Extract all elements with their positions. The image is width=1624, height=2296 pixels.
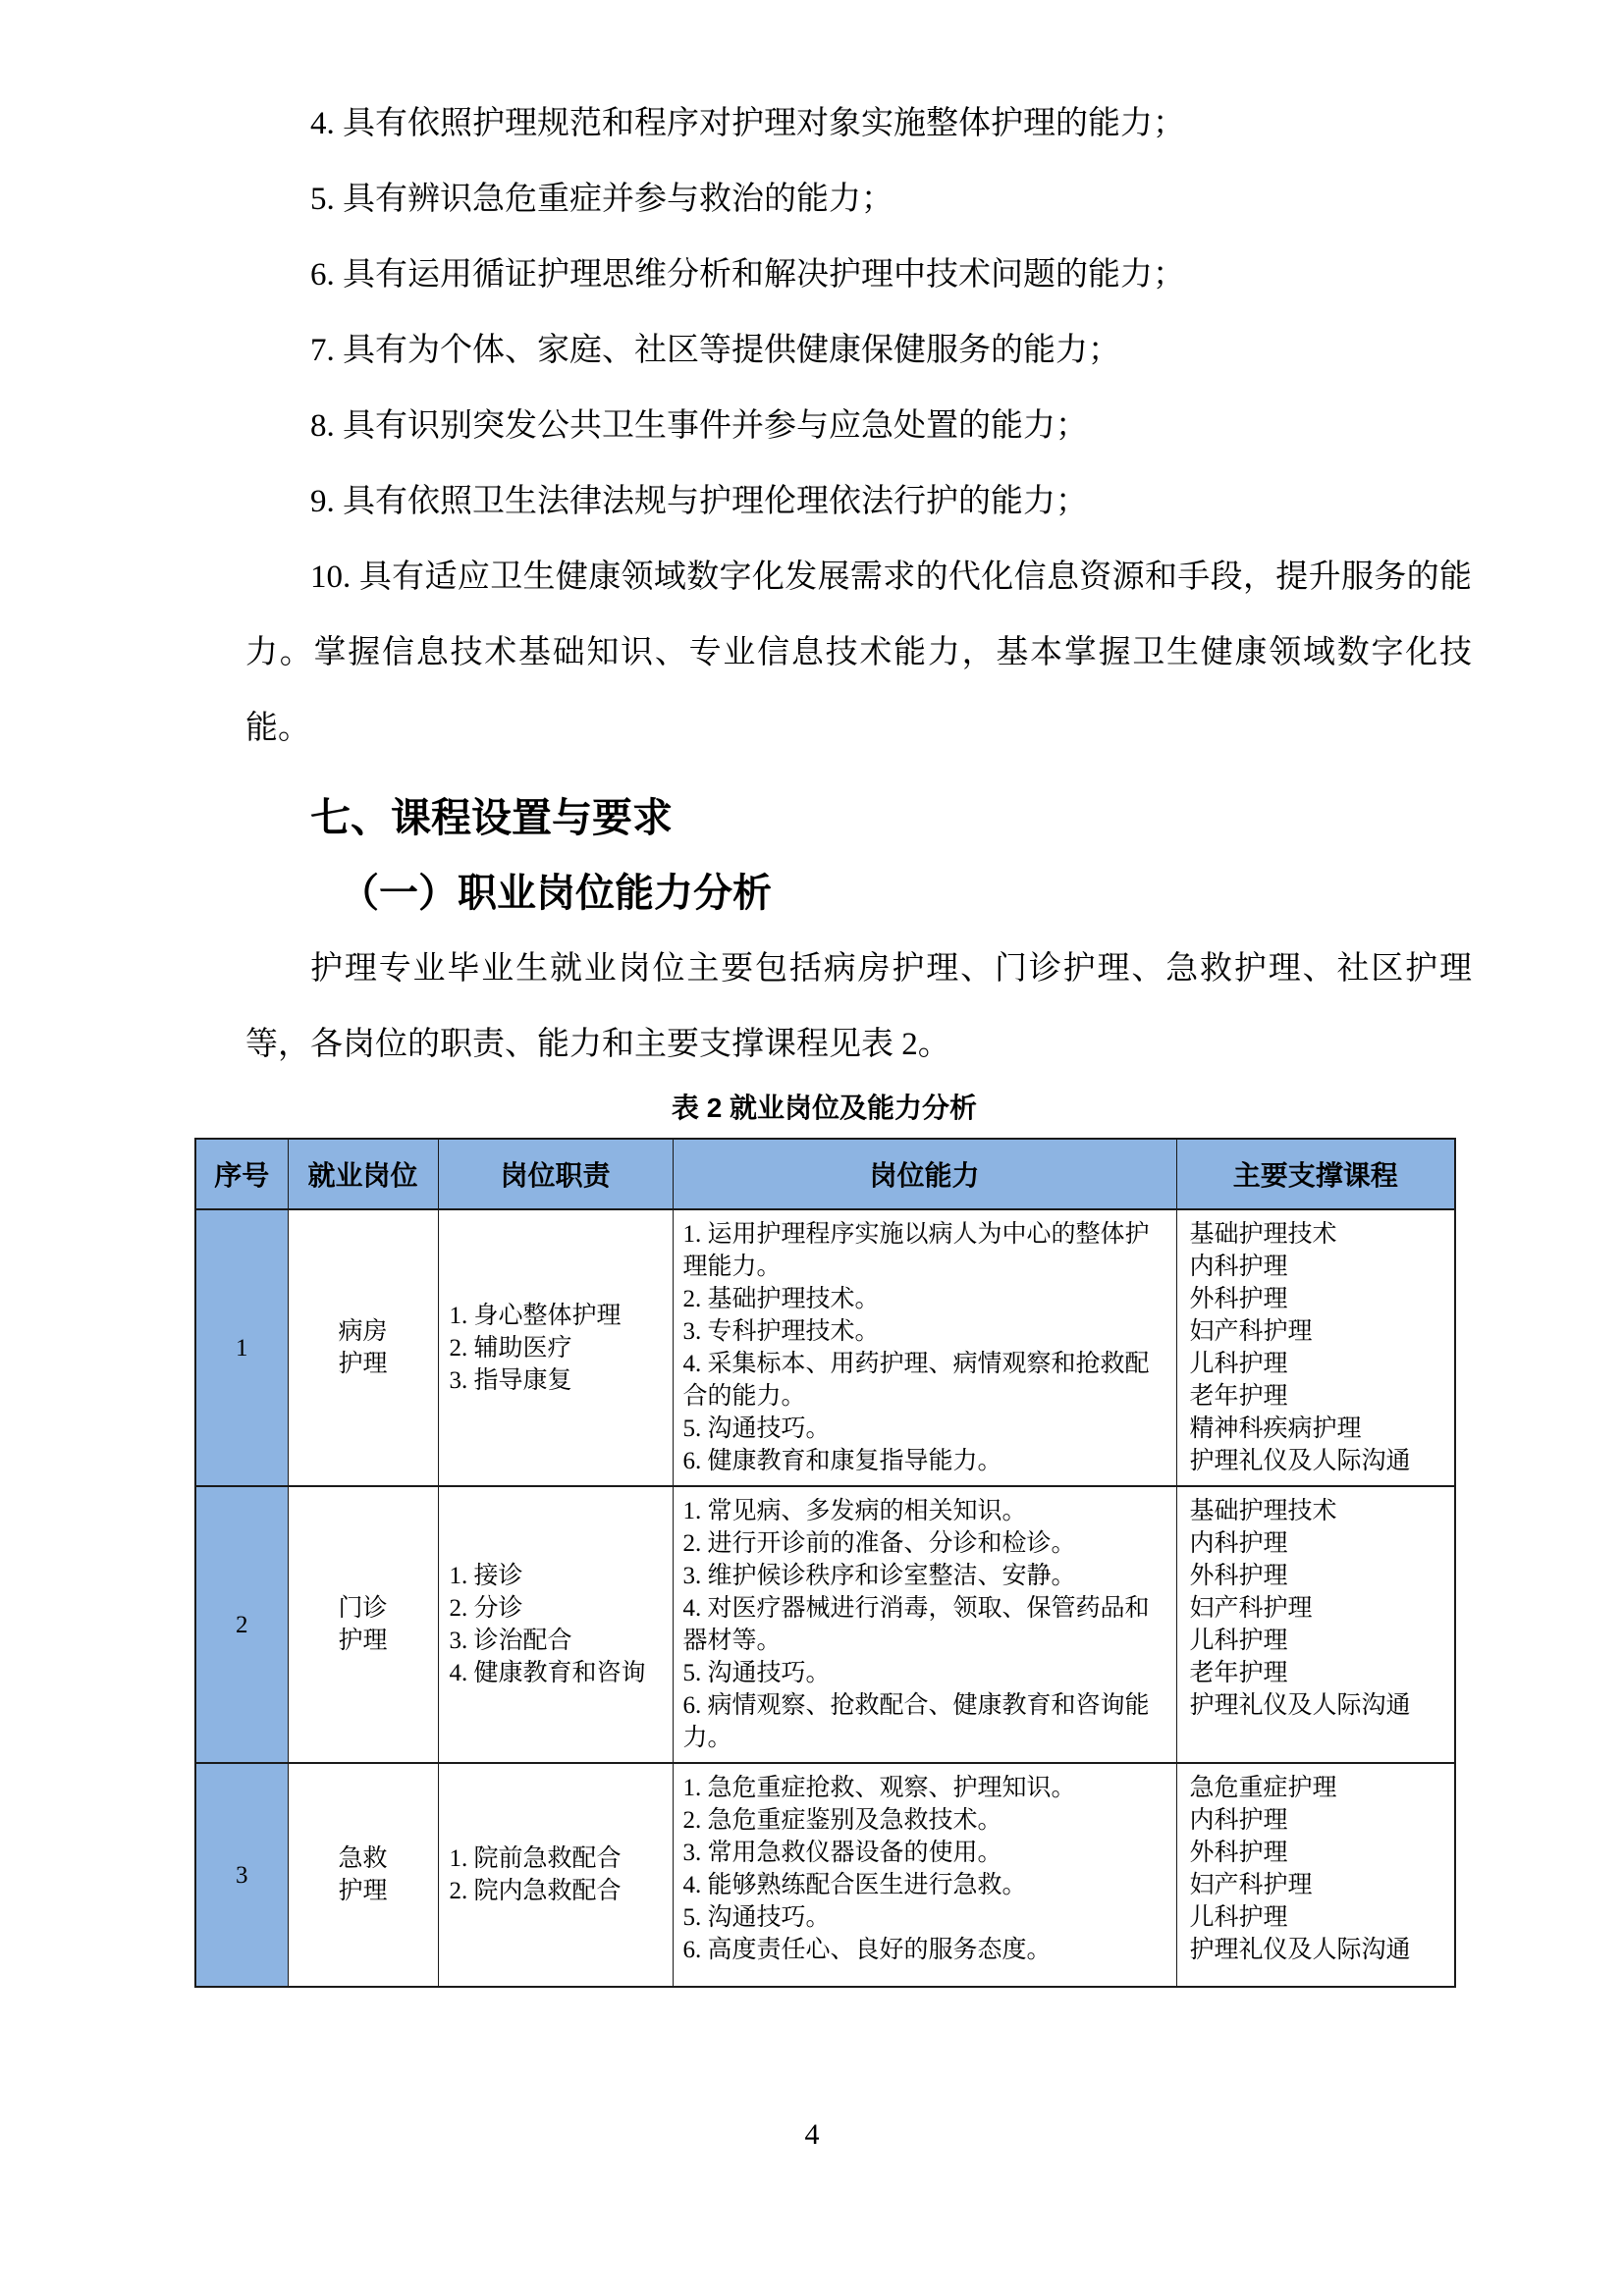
intro-paragraph: 护理专业毕业生就业岗位主要包括病房护理、门诊护理、急救护理、社区护理等，各岗位的… — [245, 932, 1472, 1083]
jobs-table-body: 1病房 护理1. 身心整体护理 2. 辅助医疗 3. 指导康复1. 运用护理程序… — [195, 1209, 1455, 1987]
cell-position: 急救 护理 — [288, 1763, 438, 1987]
list-item-5: 5. 具有辨识急危重症并参与救治的能力； — [245, 162, 1472, 238]
cell-abilities: 1. 常见病、多发病的相关知识。 2. 进行开诊前的准备、分诊和检诊。 3. 维… — [673, 1486, 1176, 1763]
cell-position: 门诊 护理 — [288, 1486, 438, 1763]
list-item-6: 6. 具有运用循证护理思维分析和解决护理中技术问题的能力； — [245, 238, 1472, 313]
document-page: 4. 具有依照护理规范和程序对护理对象实施整体护理的能力； 5. 具有辨识急危重… — [0, 0, 1624, 2296]
cell-duties: 1. 院前急救配合 2. 院内急救配合 — [438, 1763, 673, 1987]
table-row: 2门诊 护理1. 接诊 2. 分诊 3. 诊治配合 4. 健康教育和咨询1. 常… — [195, 1486, 1455, 1763]
list-item-7: 7. 具有为个体、家庭、社区等提供健康保健服务的能力； — [245, 313, 1472, 389]
cell-courses: 急危重症护理 内科护理 外科护理 妇产科护理 儿科护理 护理礼仪及人际沟通 — [1176, 1763, 1455, 1987]
jobs-table-head: 序号 就业岗位 岗位职责 岗位能力 主要支撑课程 — [195, 1139, 1455, 1209]
header-cell-abilities: 岗位能力 — [673, 1139, 1176, 1209]
cell-no: 2 — [195, 1486, 288, 1763]
cell-no: 1 — [195, 1209, 288, 1486]
subsection-heading: （一）职业岗位能力分析 — [340, 856, 1472, 932]
cell-abilities: 1. 运用护理程序实施以病人为中心的整体护理能力。 2. 基础护理技术。 3. … — [673, 1209, 1176, 1486]
table-caption: 表 2 就业岗位及能力分析 — [194, 1089, 1454, 1128]
list-item-10: 10. 具有适应卫生健康领域数字化发展需求的代化信息资源和手段，提升服务的能力。… — [245, 540, 1472, 767]
list-item-4: 4. 具有依照护理规范和程序对护理对象实施整体护理的能力； — [245, 86, 1472, 162]
list-item-8: 8. 具有识别突发公共卫生事件并参与应急处置的能力； — [245, 389, 1472, 464]
header-cell-courses: 主要支撑课程 — [1176, 1139, 1455, 1209]
table-row: 1病房 护理1. 身心整体护理 2. 辅助医疗 3. 指导康复1. 运用护理程序… — [195, 1209, 1455, 1486]
header-row: 序号 就业岗位 岗位职责 岗位能力 主要支撑课程 — [195, 1139, 1455, 1209]
header-cell-position: 就业岗位 — [288, 1139, 438, 1209]
page-content: 4. 具有依照护理规范和程序对护理对象实施整体护理的能力； 5. 具有辨识急危重… — [0, 0, 1624, 1988]
cell-courses: 基础护理技术 内科护理 外科护理 妇产科护理 儿科护理 老年护理 护理礼仪及人际… — [1176, 1486, 1455, 1763]
cell-no: 3 — [195, 1763, 288, 1987]
cell-position: 病房 护理 — [288, 1209, 438, 1486]
cell-abilities: 1. 急危重症抢救、观察、护理知识。 2. 急危重症鉴别及急救技术。 3. 常用… — [673, 1763, 1176, 1987]
cell-courses: 基础护理技术 内科护理 外科护理 妇产科护理 儿科护理 老年护理 精神科疾病护理… — [1176, 1209, 1455, 1486]
page-number: 4 — [0, 2118, 1624, 2152]
jobs-table: 序号 就业岗位 岗位职责 岗位能力 主要支撑课程 1病房 护理1. 身心整体护理… — [194, 1138, 1456, 1988]
cell-duties: 1. 身心整体护理 2. 辅助医疗 3. 指导康复 — [438, 1209, 673, 1486]
list-item-9: 9. 具有依照卫生法律法规与护理伦理依法行护的能力； — [245, 464, 1472, 540]
section-heading: 七、课程设置与要求 — [310, 780, 1472, 856]
cell-duties: 1. 接诊 2. 分诊 3. 诊治配合 4. 健康教育和咨询 — [438, 1486, 673, 1763]
table-row: 3急救 护理1. 院前急救配合 2. 院内急救配合1. 急危重症抢救、观察、护理… — [195, 1763, 1455, 1987]
header-cell-no: 序号 — [195, 1139, 288, 1209]
header-cell-duties: 岗位职责 — [438, 1139, 673, 1209]
